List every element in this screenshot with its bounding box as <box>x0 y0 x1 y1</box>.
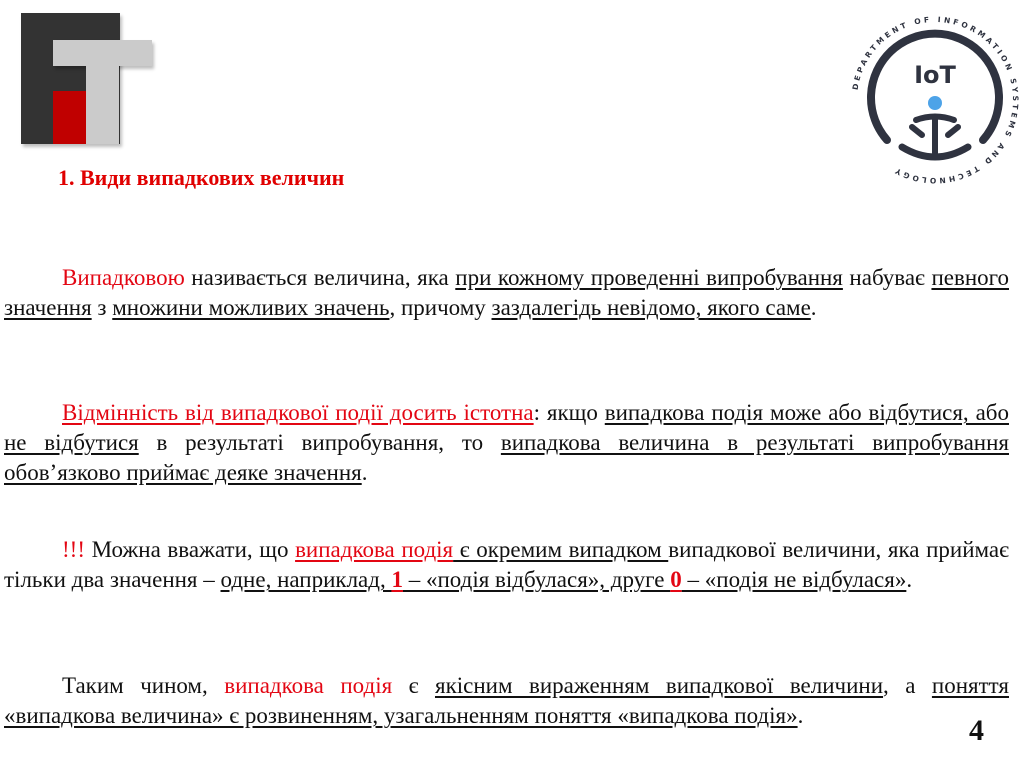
section-heading: 1. Види випадкових величин <box>58 165 344 191</box>
slide: DEPARTMENT OF INFORMATION SYSTEMS AND TE… <box>0 0 1024 767</box>
text-segment: , а <box>883 673 932 698</box>
text-segment: . <box>811 295 817 320</box>
text-segment: при кожному проведенні випробування <box>455 265 843 290</box>
svg-text:IoT: IoT <box>914 61 956 89</box>
text-segment: !!! <box>62 537 85 562</box>
text-segment: Таким чином, <box>62 673 224 698</box>
text-segment: заздалегідь невідомо, якого саме <box>492 295 811 320</box>
text-segment: одне, наприклад, <box>221 567 392 592</box>
text-segment: – «подія не відбулася» <box>682 567 907 592</box>
text-segment: 0 <box>670 567 682 592</box>
logo-red-block <box>53 91 86 144</box>
text-segment: . <box>798 703 804 728</box>
page-number: 4 <box>969 714 984 748</box>
text-segment: називається величина, яка <box>185 265 456 290</box>
text-segment: – «подія відбулася», друге <box>403 567 670 592</box>
text-segment: випадкова подія <box>295 537 453 562</box>
paragraph-conclusion: Таким чином, випадкова подія є якісним в… <box>4 671 1009 731</box>
text-segment: : якщо <box>534 400 605 425</box>
text-segment: 1 <box>391 567 403 592</box>
iot-emblem-icon: DEPARTMENT OF INFORMATION SYSTEMS AND TE… <box>850 5 1020 190</box>
text-segment: з <box>92 295 113 320</box>
text-segment: є окремим випадком <box>453 537 668 562</box>
logo-t-stem <box>86 66 119 144</box>
text-segment: в результаті випробування, то <box>139 430 501 455</box>
text-segment: Випадковою <box>62 265 185 290</box>
text-segment: випадкова подія <box>224 673 392 698</box>
text-segment: множини можливих значень <box>112 295 389 320</box>
iot-department-logo: DEPARTMENT OF INFORMATION SYSTEMS AND TE… <box>850 5 1020 190</box>
text-segment: . <box>906 567 912 592</box>
text-segment: є <box>392 673 435 698</box>
paragraph-definition: Випадковою називається величина, яка при… <box>4 263 1009 323</box>
text-segment: , причому <box>389 295 491 320</box>
text-segment: . <box>362 460 368 485</box>
logo-t-bar <box>53 40 152 66</box>
text-segment: Відмінність від випадкової події досить … <box>62 400 534 425</box>
text-segment: якісним вираженням випадкової величини <box>435 673 883 698</box>
paragraph-difference: Відмінність від випадкової події досить … <box>4 398 1009 488</box>
paragraph-special-case: !!! Можна вважати, що випадкова подія є … <box>4 535 1009 595</box>
text-segment: набуває <box>843 265 932 290</box>
fit-logo <box>21 13 156 145</box>
text-segment: Можна вважати, що <box>85 537 295 562</box>
